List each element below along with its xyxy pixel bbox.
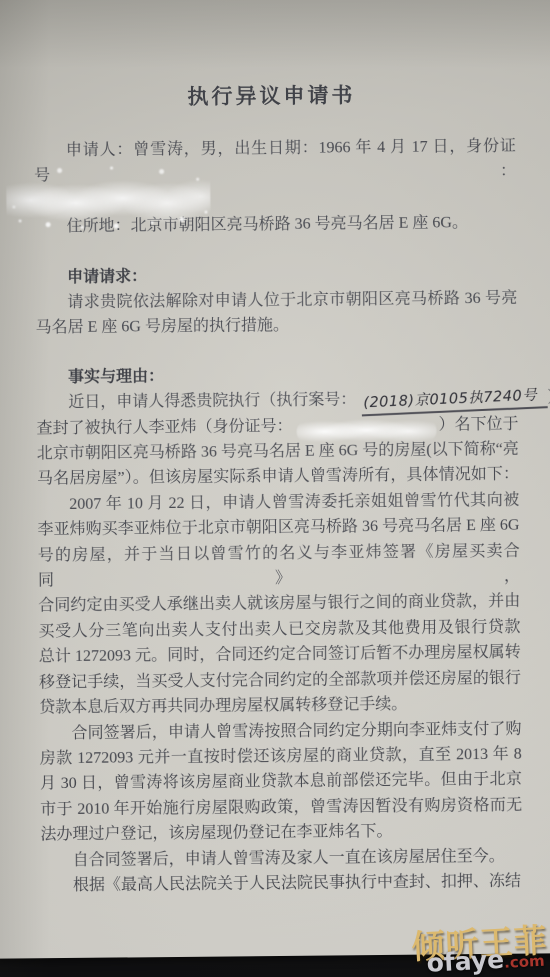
watermark-site: ofaye.com [412, 944, 549, 976]
watermark-site-name: ofaye [426, 945, 505, 977]
watermark: 倾听王菲 ofaye.com [411, 923, 549, 976]
request-line: 马名居 E 座 6G 号房屋的执行措施。 [35, 311, 517, 341]
contract-paragraph-line: 号的房屋，并于当日以曾雪竹的名义与李亚炜签署《房屋买卖合同》， [38, 538, 520, 593]
paper-sheet: 执行异议申请书 申请人：曾雪涛，男，出生日期：1966 年 4 月 17 日，身… [0, 0, 550, 959]
document-title: 执行异议申请书 [0, 77, 550, 112]
legal-citation-line: 根据《最高人民法院关于人民法院民事执行中查封、扣押、冻结 [41, 869, 523, 899]
redaction-scribble [297, 418, 437, 443]
photographed-legal-document: 执行异议申请书 申请人：曾雪涛，男，出生日期：1966 年 4 月 17 日，身… [0, 0, 550, 977]
contract-paragraph-line: 移登记手续，当买受人支付完合同约定的全部款项并偿还房屋的银行 [39, 665, 521, 695]
document-body: 申请人：曾雪涛，男，出生日期：1966 年 4 月 17 日，身份证号： 住所地… [34, 134, 523, 899]
handwritten-case-number: (2018)京0105执7240号 [361, 384, 548, 416]
watermark-site-tld: .com [504, 952, 545, 972]
redaction-scribble [6, 173, 211, 229]
redacted-id-line [34, 184, 516, 214]
request-line: 请求贵院依法解除对申请人位于北京市朝阳区亮马桥路 36 号亮 [35, 286, 517, 316]
facts-seizure-prefix: 查封了被执行人李亚炜（身份证号： [36, 413, 292, 441]
facts-seizure-suffix: ）名下位于 [438, 411, 518, 437]
facts-case-prefix: 近日，申请人得悉贵院执行（执行案号： [68, 387, 356, 415]
facts-case-line: 近日，申请人得悉贵院执行（执行案号： (2018)京0105执7240号 ） [36, 386, 518, 416]
payment-paragraph-line: 市于 2010 年开始施行房屋限购政策，曾雪涛因暂没有购房资格而无 [40, 792, 522, 822]
